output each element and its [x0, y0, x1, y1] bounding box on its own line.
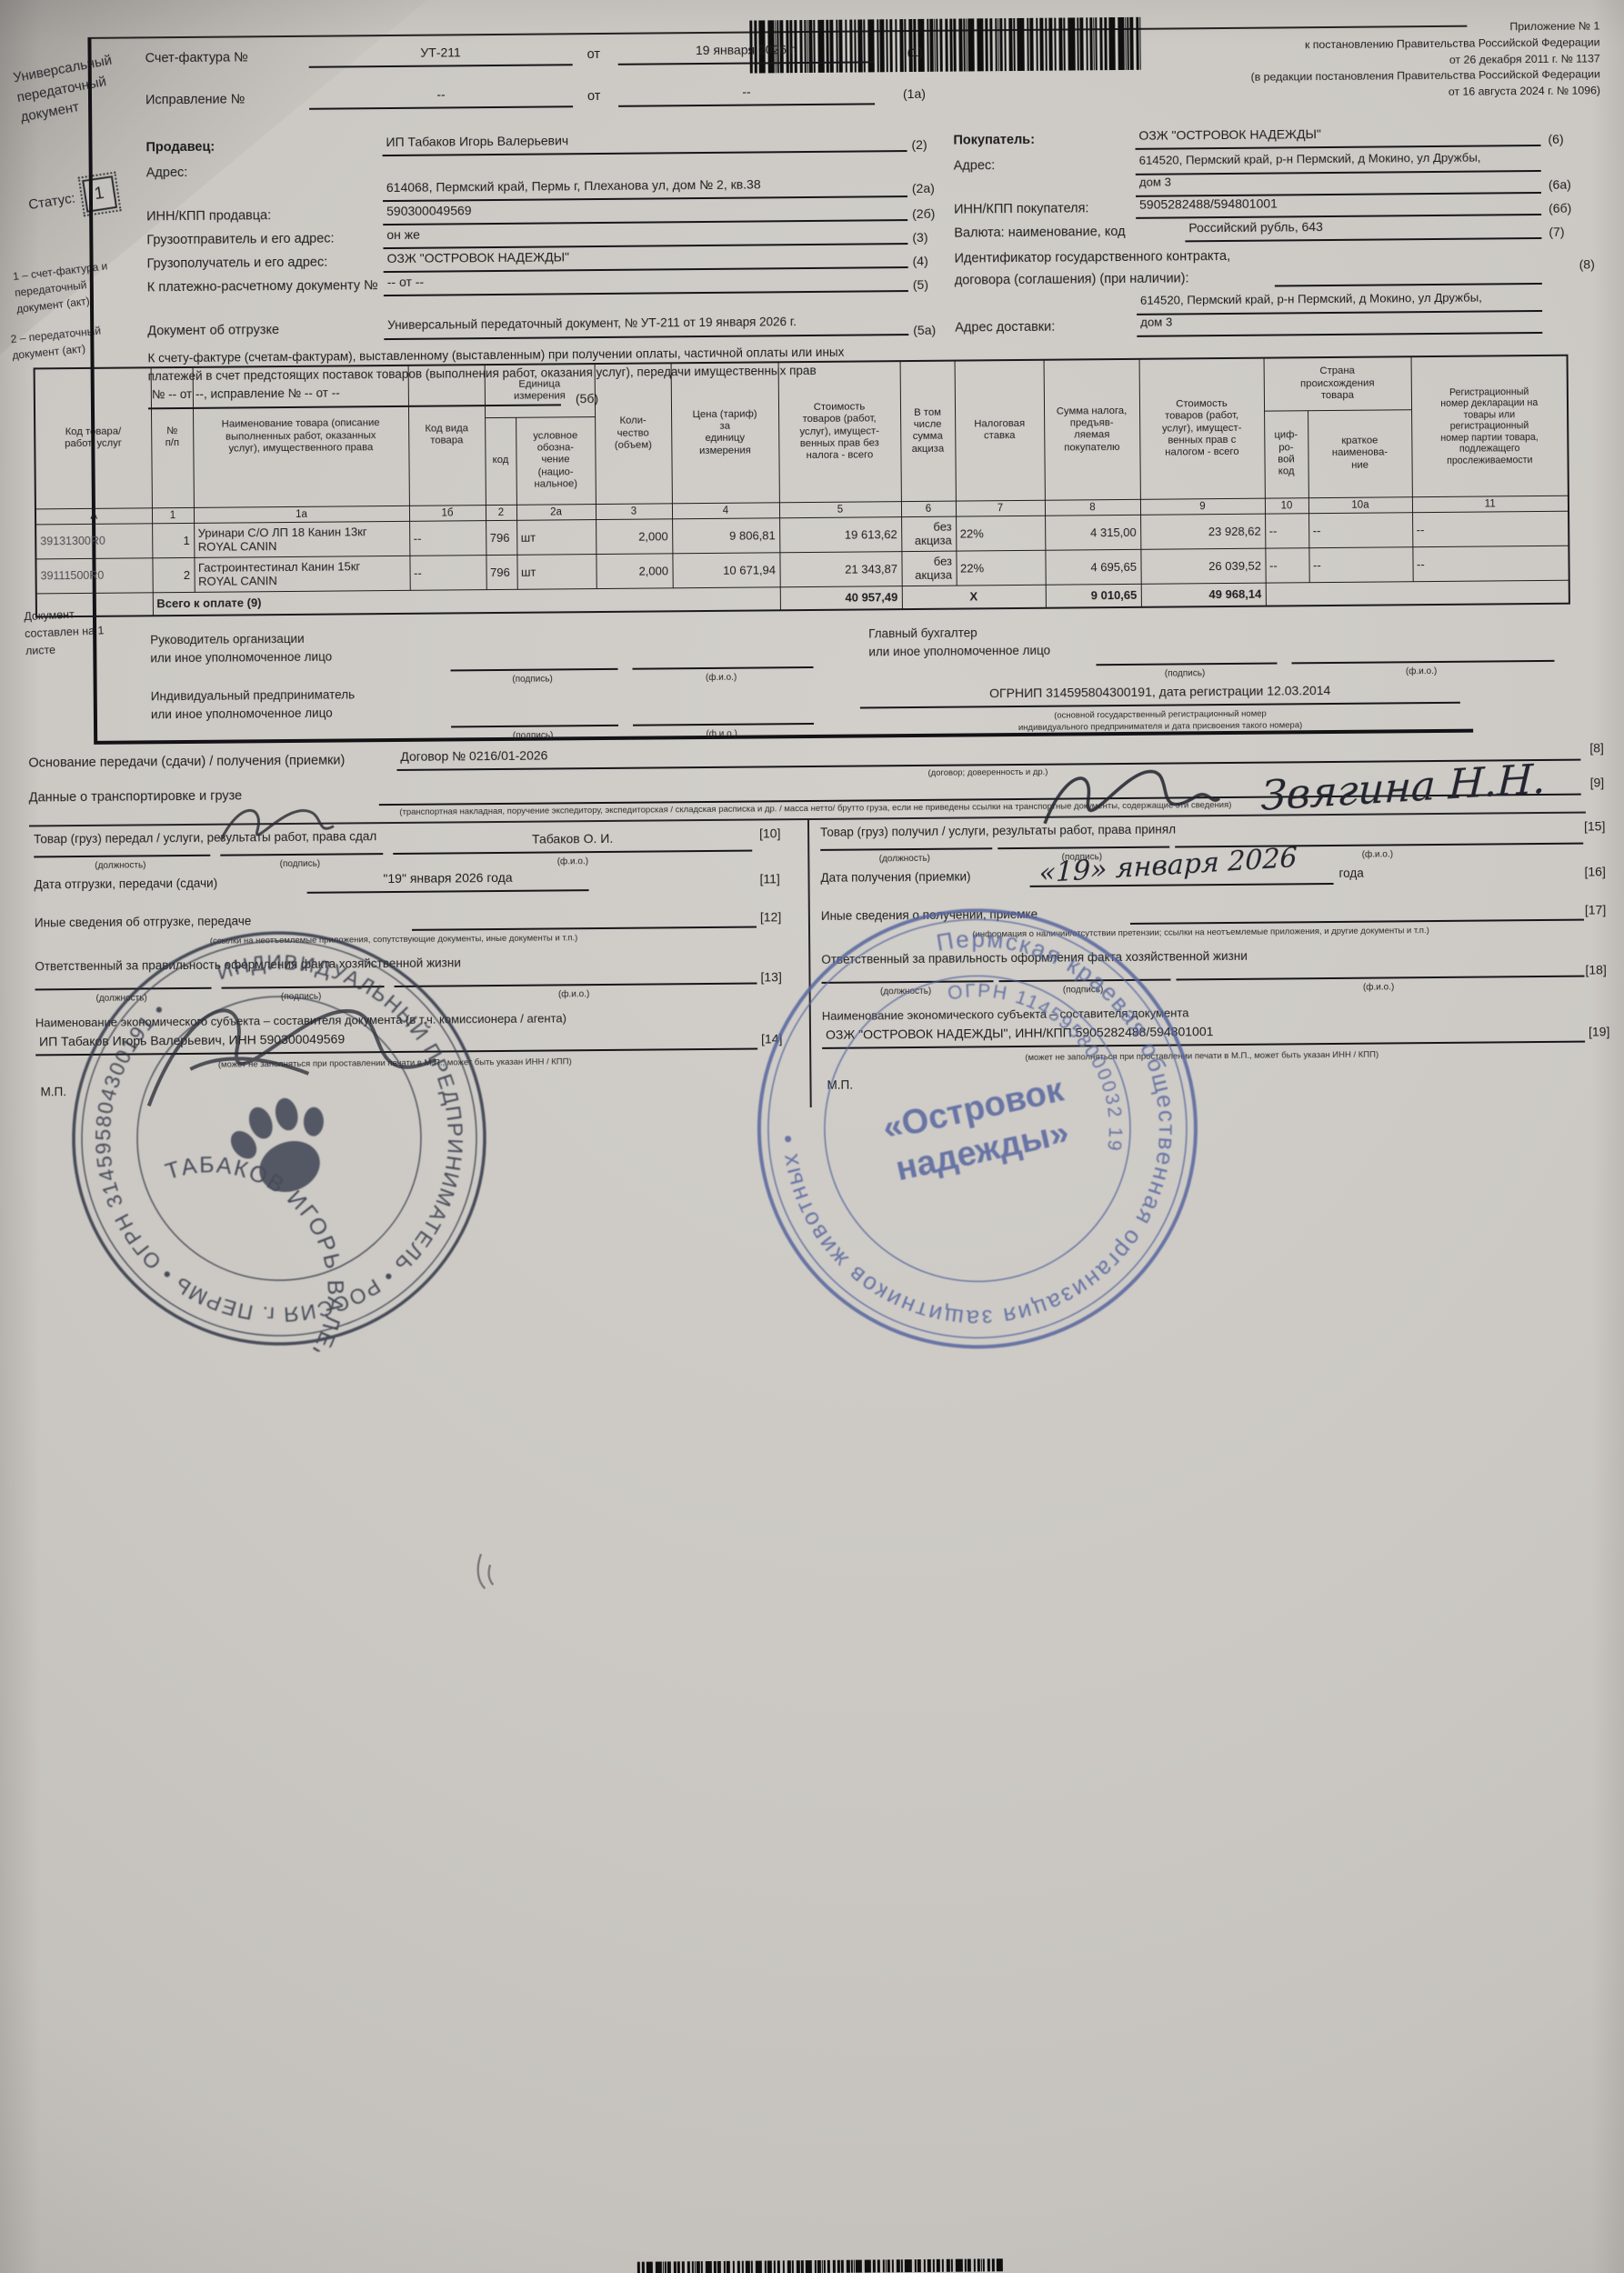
excise: без акциза — [901, 551, 956, 586]
reg-number: -- — [1412, 511, 1569, 546]
col-header-tax-rate: Налоговая ставка — [955, 360, 1045, 501]
total-empty-tail — [1266, 580, 1569, 606]
receive-date-label: Дата получения (приемки) — [820, 869, 970, 884]
buyer-stamp-center-line2: надежды» — [892, 1113, 1072, 1188]
seller-ref: (2) — [911, 137, 927, 152]
currency-ref: (7) — [1549, 225, 1564, 239]
stamp-place-label: М.П. — [40, 1085, 66, 1098]
quantity: 2,000 — [596, 553, 672, 588]
post-caption: (должность) — [34, 860, 206, 872]
seller-value: ИП Табаков Игорь Валерьевич — [382, 130, 907, 156]
total-tax-sum: 9 010,65 — [1046, 584, 1141, 608]
buyer-address-label: Адрес: — [954, 158, 996, 173]
product-name-line1: Уринари С/О ЛП 18 Канин 13кг — [198, 525, 367, 540]
col-header-unit-code: код — [485, 417, 516, 505]
code-cell: А — [35, 507, 152, 524]
contract-id-ref: (8) — [1579, 256, 1595, 271]
col-header-name: Наименование товара (описание выполненны… — [193, 365, 409, 507]
product-code: 39111500R0 — [35, 557, 152, 593]
buyer-inn-ref: (6б) — [1549, 201, 1571, 215]
name-caption: (ф.и.о.) — [1177, 981, 1581, 995]
ink-smudge — [463, 1548, 505, 1594]
post-caption: (должность) — [822, 986, 990, 997]
col-header-country-name: краткое наименова- ние — [1308, 409, 1412, 497]
sum-without-tax: 21 343,87 — [779, 551, 901, 586]
entrepreneur-label-2: или иное уполномоченное лицо — [151, 706, 333, 722]
code-cell: 11 — [1412, 496, 1569, 513]
invoice-number-value: УТ-211 — [309, 44, 573, 68]
handed-name-value: Табаков О. И. — [393, 830, 752, 855]
shipper-label: Грузоотправитель и его адрес: — [146, 232, 334, 248]
entity-caption: (может не заполняться при проставлении п… — [822, 1048, 1581, 1065]
goods-received-ref: [15] — [1584, 818, 1605, 833]
signature-caption: (подпись) — [999, 985, 1168, 996]
invoice-number-ref: (1) — [907, 45, 923, 59]
unit-symbol: шт — [516, 554, 596, 589]
shipper-ref: (3) — [912, 230, 927, 245]
product-name-line2: ROYAL CANIN — [198, 574, 277, 588]
transport-ref: [9] — [1590, 775, 1605, 789]
consignee-ref: (4) — [913, 254, 928, 268]
responsible-post-line — [821, 960, 993, 984]
shipping-doc-value: Универсальный передаточный документ, № У… — [384, 314, 908, 340]
handwritten-signature-over-stamp — [135, 957, 455, 1160]
contract-id-label-2: договора (соглашения) (при наличии): — [955, 271, 1189, 287]
invoice-number-label: Счет-фактура № — [145, 50, 248, 65]
seller-label: Продавец: — [145, 140, 215, 155]
col-header-sum-without-tax: Стоимость товаров (работ, услуг), имущес… — [778, 361, 901, 502]
other-receiving-info-ref: [17] — [1585, 902, 1606, 916]
tax-rate: 22% — [956, 550, 1045, 586]
total-empty — [36, 592, 153, 616]
correction-from-label: от — [587, 89, 601, 104]
name-caption: (ф.и.о.) — [393, 856, 752, 868]
col-header-product-code: Код товара/ работ, услуг — [35, 367, 152, 508]
buyer-value: ОЗЖ "ОСТРОВОК НАДЕЖДЫ" — [1135, 125, 1540, 150]
correction-number-ref: (1а) — [903, 86, 926, 101]
entity-ref: [14] — [761, 1031, 782, 1046]
buyer-inn-label: ИНН/КПП покупателя: — [954, 201, 1089, 216]
col-header-country-code: циф- ро- вой код — [1264, 410, 1308, 497]
tax-sum: 4 315,00 — [1045, 515, 1140, 550]
receive-date-ref: [16] — [1584, 864, 1605, 878]
handed-post-line — [34, 835, 210, 858]
receive-date-year-word: года — [1338, 866, 1363, 880]
payment-doc-value: -- от -- — [384, 270, 908, 296]
country-name: -- — [1308, 546, 1412, 582]
contract-id-label-1: Идентификатор государственного контракта… — [955, 249, 1231, 266]
unit-code: 796 — [486, 520, 516, 555]
kind-code: -- — [409, 555, 486, 590]
code-cell: 8 — [1045, 499, 1140, 516]
country-code: -- — [1265, 513, 1308, 547]
signature-caption: (подпись) — [1097, 668, 1274, 680]
payment-doc-label: К платежно-расчетному документу № — [147, 278, 378, 295]
code-cell: 4 — [672, 502, 779, 518]
received-post-line — [820, 827, 992, 851]
col-header-quantity: Коли- чество (объем) — [595, 363, 672, 504]
handwritten-signature-right — [1033, 758, 1225, 846]
buyer-label: Покупатель: — [953, 133, 1035, 148]
document-content: Универсальный передаточный документ Стат… — [0, 0, 1624, 2273]
unit-symbol: шт — [516, 519, 596, 555]
contract-id-value — [1275, 263, 1542, 287]
tax-rate: 22% — [956, 516, 1045, 551]
product-name-line1: Гастроинтестинал Канин 15кг — [198, 559, 360, 575]
row-number: 2 — [152, 557, 194, 592]
buyer-address-ref: (6а) — [1549, 177, 1571, 192]
correction-number-label: Исправление № — [145, 92, 245, 107]
other-shipping-info-caption: (ссылки на неотъемлемые приложения, сопу… — [35, 932, 753, 948]
barcode-bottom — [637, 2258, 1006, 2273]
code-cell: 1б — [409, 505, 486, 521]
correction-date-value: -- — [618, 83, 875, 106]
goods-table: Код товара/ работ, услуг № п/п Наименова… — [34, 355, 1570, 618]
entrepreneur-label-1: Индивидуальный предприниматель — [151, 687, 356, 703]
director-label-2: или иное уполномоченное лицо — [150, 650, 332, 666]
unit-code: 796 — [486, 555, 516, 589]
total-sum-with-tax: 49 968,14 — [1141, 583, 1266, 607]
sum-with-tax: 26 039,52 — [1140, 548, 1265, 584]
excise: без акциза — [901, 516, 956, 552]
product-name: Гастроинтестинал Канин 15кгROYAL CANIN — [194, 556, 409, 592]
consignee-label: Грузополучатель и его адрес: — [147, 255, 328, 272]
code-cell: 3 — [596, 503, 672, 519]
buyer-inn-value: 5905282488/594801001 — [1136, 194, 1541, 219]
price: 10 671,94 — [672, 552, 779, 587]
quantity: 2,000 — [596, 518, 672, 554]
received-name-line — [1175, 823, 1583, 848]
stamp-place-label: М.П. — [827, 1078, 853, 1092]
code-cell: 2 — [486, 505, 516, 520]
buyer-stamp-center-line1: «Островок — [879, 1070, 1068, 1147]
entity-ref: [19] — [1589, 1024, 1609, 1038]
correction-number-value: -- — [309, 85, 573, 110]
accountant-label-2: или иное уполномоченное лицо — [868, 644, 1050, 659]
country-code: -- — [1265, 547, 1308, 582]
transport-label: Данные о транспортировке и грузе — [29, 788, 243, 805]
accountant-label-1: Главный бухгалтер — [868, 626, 977, 640]
signature-caption: (подпись) — [451, 730, 615, 742]
code-cell: 9 — [1140, 498, 1265, 515]
product-code: 39131300R0 — [35, 523, 152, 558]
director-label-1: Руководитель организации — [150, 632, 305, 646]
ship-date-value: "19" января 2026 года — [306, 869, 588, 894]
currency-label: Валюта: наименование, код — [954, 225, 1125, 241]
col-header-price: Цена (тариф) за единицу измерения — [671, 362, 779, 503]
price: 9 806,81 — [672, 517, 779, 553]
name-caption: (ф.и.о.) — [633, 672, 810, 684]
reg-number: -- — [1412, 546, 1569, 581]
shipper-value: он же — [383, 223, 907, 249]
product-name: Уринари С/О ЛП 18 Канин 13кгROYAL CANIN — [194, 521, 409, 557]
name-caption: (ф.и.о.) — [1292, 666, 1551, 677]
sum-with-tax: 23 928,62 — [1140, 514, 1265, 549]
invoice-from-label: от — [587, 47, 601, 62]
other-receiving-info-caption: (информация о наличии/отсутствии претенз… — [821, 925, 1580, 941]
delivery-address-line2: дом 3 — [1137, 312, 1542, 337]
status-label: Статус: — [27, 191, 76, 213]
seller-inn-ref: (2б) — [912, 206, 935, 221]
col-header-tax-sum: Сумма налога, предъяв- ляемая покупателю — [1044, 359, 1140, 500]
shipping-doc-ref: (5а) — [913, 323, 936, 337]
entity-label: Наименование экономического субъекта – с… — [822, 1003, 1581, 1023]
total-label: Всего к оплате (9) — [153, 586, 780, 616]
entrepreneur-signature-line — [451, 705, 618, 728]
column-divider-line — [807, 818, 812, 1107]
responsible-ref: [13] — [760, 969, 781, 984]
code-cell: 5 — [779, 501, 901, 517]
other-shipping-info-ref: [12] — [760, 909, 781, 924]
seller-address-ref: (2а) — [912, 181, 935, 195]
goods-handed-ref: [10] — [759, 826, 780, 840]
responsible-ref: [18] — [1585, 962, 1606, 976]
payment-doc-ref: (5) — [913, 277, 928, 292]
country-name: -- — [1308, 512, 1412, 547]
buyer-ref: (6) — [1548, 132, 1563, 146]
other-receiving-info-line — [1130, 899, 1584, 925]
col-header-excise: В том числе сумма акциза — [900, 361, 956, 502]
col-header-row-number: № п/п — [151, 367, 194, 507]
total-x-mark: X — [902, 585, 1046, 609]
col-header-country-group: Страна происхождения товара — [1264, 356, 1412, 410]
other-shipping-info-line — [412, 906, 757, 931]
tax-sum: 4 695,65 — [1045, 549, 1140, 585]
sum-without-tax: 19 613,62 — [779, 516, 901, 552]
seller-inn-label: ИНН/КПП продавца: — [146, 208, 271, 224]
responsible-signature-line — [998, 959, 1170, 983]
delivery-address-label: Адрес доставки: — [955, 320, 1055, 335]
col-header-kind-code: Код вида товара — [408, 365, 486, 506]
accountant-name-line — [1291, 640, 1554, 665]
code-cell: 10 — [1265, 497, 1308, 513]
handwritten-signature-left-small — [216, 791, 344, 856]
code-cell: 10а — [1308, 496, 1412, 513]
invoice-date-value: 19 января 2026 г. — [618, 41, 875, 65]
col-header-unit-symbol: условное обозна- чение (нацио- нальное) — [516, 416, 596, 505]
col-header-reg-number: Регистрационный номер декларации на това… — [1411, 355, 1569, 496]
seller-inn-value: 590300049569 — [383, 199, 907, 225]
currency-value: Российский рубль, 643 — [1185, 217, 1541, 242]
total-sum-without-tax: 40 957,49 — [780, 586, 902, 610]
signature-caption: (подпись) — [451, 674, 615, 686]
director-name-line — [632, 646, 813, 670]
ship-date-ref: [11] — [759, 871, 779, 886]
consignee-value: ОЗЖ "ОСТРОВОК НАДЕЖДЫ" — [383, 246, 907, 273]
status-note-2: 2 – передаточный документ (акт) — [10, 323, 104, 364]
code-cell: 7 — [956, 500, 1045, 516]
product-name-line2: ROYAL CANIN — [198, 539, 277, 554]
ship-date-label: Дата отгрузки, передачи (сдачи) — [34, 876, 217, 892]
row-number: 1 — [152, 523, 194, 557]
code-cell: 1 — [152, 507, 194, 523]
shipping-doc-label: Документ об отгрузке — [147, 323, 279, 338]
responsible-name-line — [1176, 956, 1584, 981]
transfer-basis-label: Основание передачи (сдачи) / получения (… — [28, 753, 345, 770]
other-receiving-info-label: Иные сведения о получении, приемке — [821, 907, 1038, 923]
col-header-sum-with-tax: Стоимость товаров (работ, услуг), имущес… — [1139, 358, 1265, 499]
code-cell: 1а — [194, 506, 409, 523]
seller-address-label: Адрес: — [146, 165, 188, 180]
transfer-basis-ref: [8] — [1589, 740, 1604, 755]
name-caption: (ф.и.о.) — [633, 728, 810, 740]
scanned-paper: Универсальный передаточный документ Стат… — [0, 0, 1624, 2273]
director-signature-line — [450, 648, 617, 672]
code-cell: 6 — [901, 501, 956, 517]
col-header-unit-group: Единица измерения — [485, 364, 596, 417]
accountant-signature-line — [1096, 643, 1277, 666]
post-caption: (должность) — [820, 853, 988, 865]
kind-code: -- — [409, 520, 486, 556]
code-cell: 2а — [516, 504, 596, 520]
signature-caption: (подпись) — [220, 858, 379, 870]
seller-address-value: 614068, Пермский край, Пермь г, Плеханов… — [383, 175, 907, 202]
other-shipping-info-label: Иные сведения об отгрузке, передаче — [35, 914, 252, 929]
entrepreneur-name-line — [633, 703, 814, 726]
entity-value: ОЗЖ "ОСТРОВОК НАДЕЖДЫ", ИНН/КПП 59052824… — [822, 1021, 1585, 1049]
